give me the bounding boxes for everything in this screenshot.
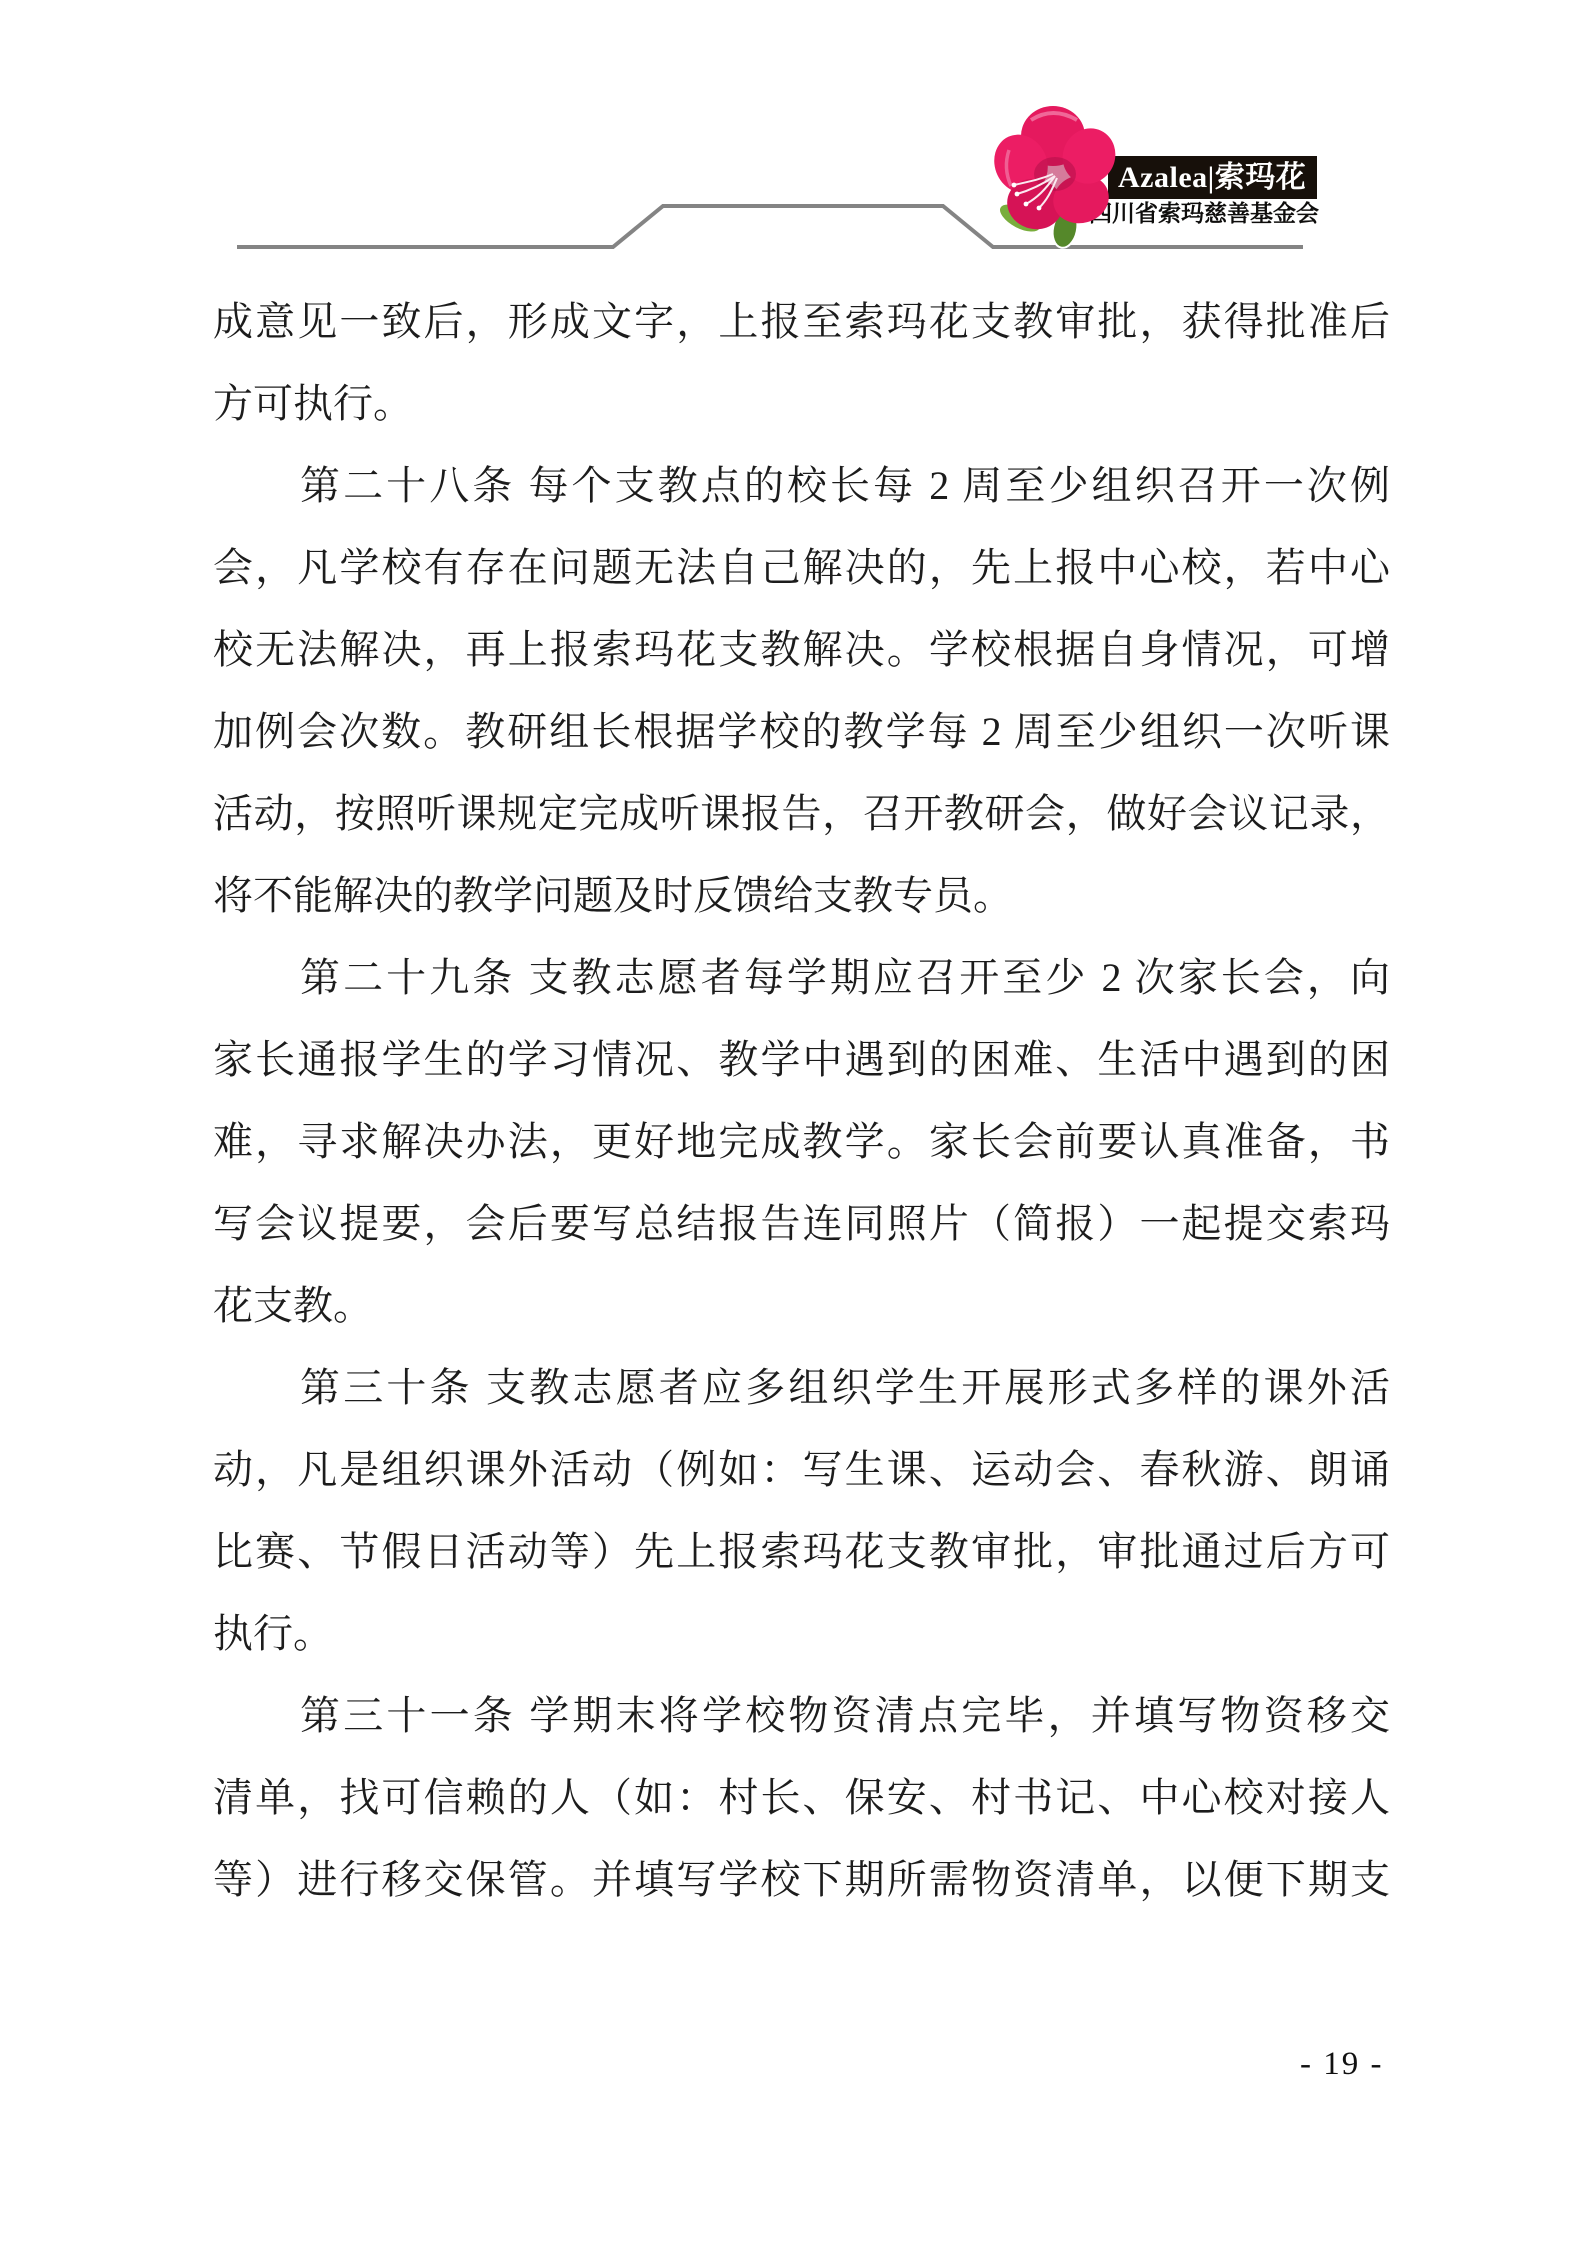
header-divider-line <box>0 0 1587 300</box>
foundation-logo: Azalea|索玛花 四川省索玛慈善基金会 <box>985 90 1330 240</box>
text-line: 校无法解决，再上报索玛花支教解决。学校根据自身情况，可增 <box>213 609 1390 691</box>
azalea-flower-icon <box>993 98 1123 253</box>
text-line: 比赛、节假日活动等）先上报索玛花支教审批，审批通过后方可 <box>213 1511 1390 1593</box>
flower-petals <box>993 106 1123 235</box>
text-line: 清单，找可信赖的人（如：村长、保安、村书记、中心校对接人 <box>213 1757 1390 1839</box>
text-line: 成意见一致后，形成文字，上报至索玛花支教审批，获得批准后 <box>213 281 1390 363</box>
text-line: 将不能解决的教学问题及时反馈给支教专员。 <box>213 855 1390 937</box>
text-line: 等）进行移交保管。并填写学校下期所需物资清单，以便下期支 <box>213 1839 1390 1921</box>
text-line: 活动，按照听课规定完成听课报告，召开教研会，做好会议记录， <box>213 773 1390 855</box>
document-page: Azalea|索玛花 四川省索玛慈善基金会 <box>0 0 1587 2245</box>
organization-name: 四川省索玛慈善基金会 <box>1089 199 1317 229</box>
text-line: 加例会次数。教研组长根据学校的教学每 2 周至少组织一次听课 <box>213 691 1390 773</box>
text-line: 家长通报学生的学习情况、教学中遇到的困难、生活中遇到的困 <box>213 1019 1390 1101</box>
text-line: 花支教。 <box>213 1265 1390 1347</box>
text-line: 第二十八条 每个支教点的校长每 2 周至少组织召开一次例 <box>213 445 1390 527</box>
text-line: 第二十九条 支教志愿者每学期应召开至少 2 次家长会，向 <box>213 937 1390 1019</box>
document-body: 成意见一致后，形成文字，上报至索玛花支教审批，获得批准后方可执行。第二十八条 每… <box>213 281 1390 1921</box>
text-line: 写会议提要，会后要写总结报告连同照片（简报）一起提交索玛 <box>213 1183 1390 1265</box>
text-line: 方可执行。 <box>213 363 1390 445</box>
text-line: 第三十条 支教志愿者应多组织学生开展形式多样的课外活 <box>213 1347 1390 1429</box>
brand-banner-text: Azalea|索玛花 <box>1108 156 1306 199</box>
text-line: 难，寻求解决办法，更好地完成教学。家长会前要认真准备，书 <box>213 1101 1390 1183</box>
text-line: 执行。 <box>213 1593 1390 1675</box>
brand-banner: Azalea|索玛花 <box>1108 156 1317 199</box>
page-number: - 19 - <box>1300 2046 1383 2083</box>
text-line: 会，凡学校有存在问题无法自己解决的，先上报中心校，若中心 <box>213 527 1390 609</box>
text-line: 动，凡是组织课外活动（例如：写生课、运动会、春秋游、朗诵 <box>213 1429 1390 1511</box>
text-line: 第三十一条 学期末将学校物资清点完毕，并填写物资移交 <box>213 1675 1390 1757</box>
